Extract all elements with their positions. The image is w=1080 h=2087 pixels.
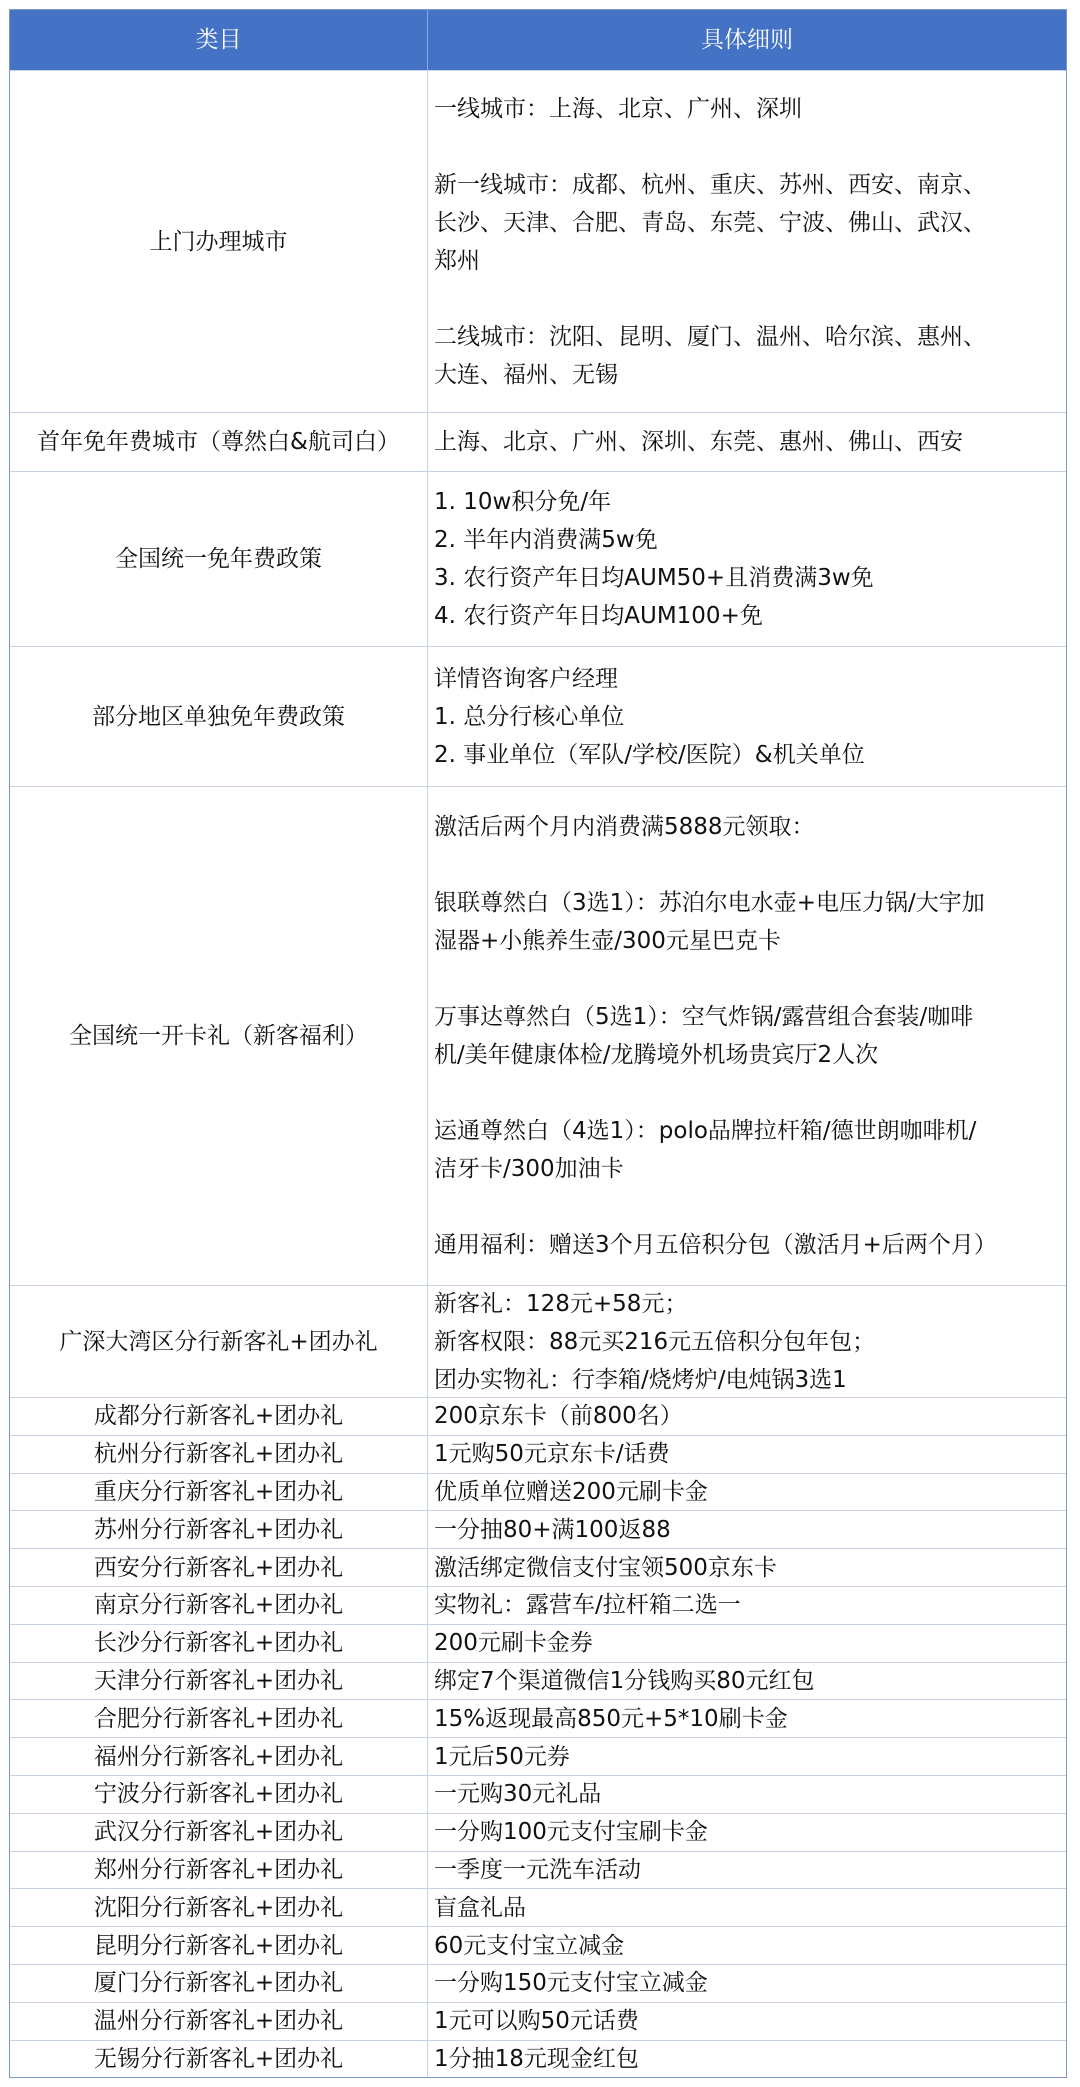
branch-detail: 一分购100元支付宝刷卡金	[428, 1814, 1066, 1851]
branch-detail: 1元后50元券	[428, 1738, 1066, 1775]
branch-name: 长沙分行新客礼+团办礼	[10, 1625, 428, 1662]
table-row-branch: 杭州分行新客礼+团办礼1元购50元京东卡/话费	[10, 1435, 1066, 1473]
branch-name: 沈阳分行新客礼+团办礼	[10, 1889, 428, 1926]
detail-line: 优质单位赠送200元刷卡金	[434, 1473, 1060, 1511]
table-row-national-fee-waiver: 全国统一免年费政策 1. 10w积分免/年 2. 半年内消费满5w免 3. 农行…	[10, 471, 1066, 646]
branch-name: 西安分行新客礼+团办礼	[10, 1549, 428, 1586]
table-row-branch: 福州分行新客礼+团办礼1元后50元券	[10, 1737, 1066, 1775]
detail-line: 详情咨询客户经理	[434, 660, 1060, 698]
detail-line: 4. 农行资产年日均AUM100+免	[434, 597, 1060, 635]
branch-detail: 实物礼：露营车/拉杆箱二选一	[428, 1587, 1066, 1624]
branch-detail: 绑定7个渠道微信1分钱购买80元红包	[428, 1663, 1066, 1700]
detail-line: 一线城市：上海、北京、广州、深圳	[434, 90, 1060, 128]
branch-name: 温州分行新客礼+团办礼	[10, 2003, 428, 2040]
detail-line: 激活后两个月内消费满5888元领取：	[434, 808, 1060, 846]
branch-name: 无锡分行新客礼+团办礼	[10, 2041, 428, 2078]
table-row-branch: 昆明分行新客礼+团办礼60元支付宝立减金	[10, 1926, 1066, 1964]
table-row-branch: 武汉分行新客礼+团办礼一分购100元支付宝刷卡金	[10, 1813, 1066, 1851]
detail-line: 2. 半年内消费满5w免	[434, 521, 1060, 559]
branch-name: 福州分行新客礼+团办礼	[10, 1738, 428, 1775]
detail-line: 2. 事业单位（军队/学校/医院）&机关单位	[434, 736, 1060, 774]
branch-detail: 200京东卡（前800名）	[428, 1398, 1066, 1435]
detail-line: 激活绑定微信支付宝领500京东卡	[434, 1549, 1060, 1587]
table-header: 类目 具体细则	[10, 10, 1066, 70]
detail-line: 200元刷卡金券	[434, 1624, 1060, 1662]
detail-line: 1元可以购50元话费	[434, 2002, 1060, 2040]
header-category: 类目	[10, 10, 428, 70]
branch-name: 武汉分行新客礼+团办礼	[10, 1814, 428, 1851]
branch-name: 成都分行新客礼+团办礼	[10, 1398, 428, 1435]
table-row-branch: 沈阳分行新客礼+团办礼盲盒礼品	[10, 1888, 1066, 1926]
table-row-branch: 成都分行新客礼+团办礼200京东卡（前800名）	[10, 1397, 1066, 1435]
branch-detail: 200元刷卡金券	[428, 1625, 1066, 1662]
row-details: 激活后两个月内消费满5888元领取： 银联尊然白（3选1）：苏泊尔电水壶+电压力…	[428, 787, 1066, 1285]
table-row-branch: 郑州分行新客礼+团办礼一季度一元洗车活动	[10, 1851, 1066, 1889]
detail-line: 绑定7个渠道微信1分钱购买80元红包	[434, 1662, 1060, 1700]
detail-line: 3. 农行资产年日均AUM50+且消费满3w免	[434, 559, 1060, 597]
table-row-national-opening-gift: 全国统一开卡礼（新客福利） 激活后两个月内消费满5888元领取： 银联尊然白（3…	[10, 786, 1066, 1285]
policy-table: 类目 具体细则 上门办理城市 一线城市：上海、北京、广州、深圳 新一线城市：成都…	[9, 9, 1067, 2078]
branch-name: 杭州分行新客礼+团办礼	[10, 1436, 428, 1473]
row-details: 详情咨询客户经理 1. 总分行核心单位 2. 事业单位（军队/学校/医院）&机关…	[428, 647, 1066, 786]
table-row-branch: 无锡分行新客礼+团办礼1分抽18元现金红包	[10, 2040, 1066, 2078]
branch-detail: 一季度一元洗车活动	[428, 1852, 1066, 1889]
branch-detail: 一分抽80+满100返88	[428, 1511, 1066, 1548]
detail-line: 15%返现最高850元+5*10刷卡金	[434, 1700, 1060, 1738]
table-row-first-year-free-cities: 首年免年费城市（尊然白&航司白） 上海、北京、广州、深圳、东莞、惠州、佛山、西安	[10, 412, 1066, 471]
row-category: 广深大湾区分行新客礼+团办礼	[10, 1286, 428, 1397]
table-row-branch: 长沙分行新客礼+团办礼200元刷卡金券	[10, 1624, 1066, 1662]
header-details: 具体细则	[428, 10, 1066, 70]
detail-line: 一分抽80+满100返88	[434, 1511, 1060, 1549]
table-row-regional-fee-waiver: 部分地区单独免年费政策 详情咨询客户经理 1. 总分行核心单位 2. 事业单位（…	[10, 646, 1066, 786]
branch-name: 重庆分行新客礼+团办礼	[10, 1474, 428, 1511]
branch-name: 厦门分行新客礼+团办礼	[10, 1965, 428, 2002]
branch-detail: 盲盒礼品	[428, 1889, 1066, 1926]
detail-line: 新客权限：88元买216元五倍积分包年包；	[434, 1323, 1060, 1361]
branch-name: 合肥分行新客礼+团办礼	[10, 1700, 428, 1737]
branch-detail: 1元购50元京东卡/话费	[428, 1436, 1066, 1473]
detail-line: 万事达尊然白（5选1）：空气炸锅/露营组合套装/咖啡	[434, 998, 1060, 1036]
detail-line: 1. 10w积分免/年	[434, 483, 1060, 521]
branch-detail: 1分抽18元现金红包	[428, 2041, 1066, 2078]
table-row-branch: 苏州分行新客礼+团办礼一分抽80+满100返88	[10, 1510, 1066, 1548]
detail-line: 二线城市：沈阳、昆明、厦门、温州、哈尔滨、惠州、	[434, 318, 1060, 356]
row-category: 全国统一开卡礼（新客福利）	[10, 787, 428, 1285]
branch-detail: 60元支付宝立减金	[428, 1927, 1066, 1964]
detail-line: 新客礼：128元+58元；	[434, 1285, 1060, 1323]
detail-line: 郑州	[434, 242, 1060, 280]
table-row-branch: 厦门分行新客礼+团办礼一分购150元支付宝立减金	[10, 1964, 1066, 2002]
row-category: 部分地区单独免年费政策	[10, 647, 428, 786]
detail-line: 1元后50元券	[434, 1738, 1060, 1776]
branch-detail: 1元可以购50元话费	[428, 2003, 1066, 2040]
row-details: 上海、北京、广州、深圳、东莞、惠州、佛山、西安	[428, 413, 1066, 471]
detail-line: 运通尊然白（4选1）：polo品牌拉杆箱/德世朗咖啡机/	[434, 1112, 1060, 1150]
row-category: 全国统一免年费政策	[10, 472, 428, 646]
detail-line: 上海、北京、广州、深圳、东莞、惠州、佛山、西安	[434, 423, 1060, 461]
row-details: 一线城市：上海、北京、广州、深圳 新一线城市：成都、杭州、重庆、苏州、西安、南京…	[428, 71, 1066, 412]
detail-line: 长沙、天津、合肥、青岛、东莞、宁波、佛山、武汉、	[434, 204, 1060, 242]
table-row-greater-bay-area: 广深大湾区分行新客礼+团办礼 新客礼：128元+58元； 新客权限：88元买21…	[10, 1285, 1066, 1397]
table-row-branch: 南京分行新客礼+团办礼实物礼：露营车/拉杆箱二选一	[10, 1586, 1066, 1624]
table-row-branch: 重庆分行新客礼+团办礼优质单位赠送200元刷卡金	[10, 1473, 1066, 1511]
detail-line: 1. 总分行核心单位	[434, 698, 1060, 736]
detail-line: 机/美年健康体检/龙腾境外机场贵宾厅2人次	[434, 1036, 1060, 1074]
table-row-branch: 合肥分行新客礼+团办礼15%返现最高850元+5*10刷卡金	[10, 1699, 1066, 1737]
detail-line: 大连、福州、无锡	[434, 356, 1060, 394]
table-row-branch: 西安分行新客礼+团办礼激活绑定微信支付宝领500京东卡	[10, 1548, 1066, 1586]
branch-name: 郑州分行新客礼+团办礼	[10, 1852, 428, 1889]
branch-detail: 15%返现最高850元+5*10刷卡金	[428, 1700, 1066, 1737]
row-details: 1. 10w积分免/年 2. 半年内消费满5w免 3. 农行资产年日均AUM50…	[428, 472, 1066, 646]
table-row-branch: 宁波分行新客礼+团办礼一元购30元礼品	[10, 1775, 1066, 1813]
branch-name: 南京分行新客礼+团办礼	[10, 1587, 428, 1624]
branch-detail: 一元购30元礼品	[428, 1776, 1066, 1813]
detail-line: 一分购100元支付宝刷卡金	[434, 1813, 1060, 1851]
branch-detail: 激活绑定微信支付宝领500京东卡	[428, 1549, 1066, 1586]
detail-line: 盲盒礼品	[434, 1889, 1060, 1927]
detail-line: 湿器+小熊养生壶/300元星巴克卡	[434, 922, 1060, 960]
row-category: 首年免年费城市（尊然白&航司白）	[10, 413, 428, 471]
detail-line: 实物礼：露营车/拉杆箱二选一	[434, 1586, 1060, 1624]
detail-line: 银联尊然白（3选1）：苏泊尔电水壶+电压力锅/大宇加	[434, 884, 1060, 922]
detail-line: 1分抽18元现金红包	[434, 2040, 1060, 2078]
detail-line: 60元支付宝立减金	[434, 1927, 1060, 1965]
detail-line: 团办实物礼：行李箱/烧烤炉/电炖锅3选1	[434, 1361, 1060, 1399]
row-details: 新客礼：128元+58元； 新客权限：88元买216元五倍积分包年包； 团办实物…	[428, 1286, 1066, 1397]
detail-line: 洁牙卡/300加油卡	[434, 1150, 1060, 1188]
detail-line: 一分购150元支付宝立减金	[434, 1964, 1060, 2002]
table-row-branch: 温州分行新客礼+团办礼1元可以购50元话费	[10, 2002, 1066, 2040]
branch-name: 宁波分行新客礼+团办礼	[10, 1776, 428, 1813]
detail-line: 新一线城市：成都、杭州、重庆、苏州、西安、南京、	[434, 166, 1060, 204]
branch-detail: 一分购150元支付宝立减金	[428, 1965, 1066, 2002]
branch-name: 天津分行新客礼+团办礼	[10, 1663, 428, 1700]
detail-line: 200京东卡（前800名）	[434, 1397, 1060, 1435]
branch-name: 苏州分行新客礼+团办礼	[10, 1511, 428, 1548]
row-category: 上门办理城市	[10, 71, 428, 412]
branch-name: 昆明分行新客礼+团办礼	[10, 1927, 428, 1964]
branch-detail: 优质单位赠送200元刷卡金	[428, 1474, 1066, 1511]
table-row-branch: 天津分行新客礼+团办礼绑定7个渠道微信1分钱购买80元红包	[10, 1662, 1066, 1700]
table-row-onsite-cities: 上门办理城市 一线城市：上海、北京、广州、深圳 新一线城市：成都、杭州、重庆、苏…	[10, 70, 1066, 412]
detail-line: 一元购30元礼品	[434, 1775, 1060, 1813]
detail-line: 通用福利：赠送3个月五倍积分包（激活月+后两个月）	[434, 1226, 1060, 1264]
detail-line: 1元购50元京东卡/话费	[434, 1435, 1060, 1473]
detail-line: 一季度一元洗车活动	[434, 1851, 1060, 1889]
